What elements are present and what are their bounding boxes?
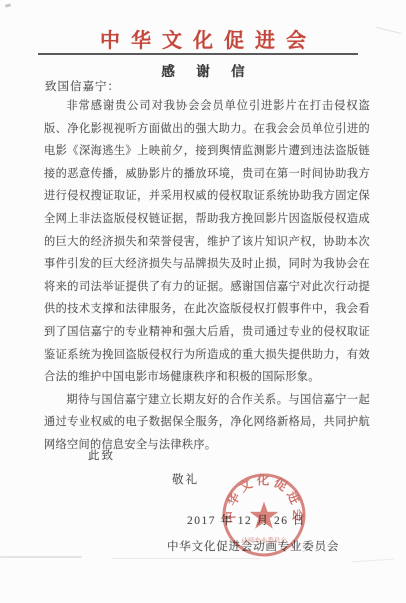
official-red-seal: 中华文化促进会 动画专业委员会	[221, 472, 307, 558]
header-divider	[38, 53, 358, 55]
document-title: 感 谢 信	[0, 60, 406, 80]
scan-artifact	[352, 559, 394, 563]
seal-star-icon	[250, 502, 279, 529]
closing-jingli: 敬礼	[172, 471, 199, 487]
scan-artifact	[112, 558, 260, 559]
body-paragraph-1: 非常感谢贵公司对我协会会员单位引进影片在打击侵权盗版、净化影视视听方面做出的强大…	[44, 95, 370, 389]
closing-cizhi: 此致	[88, 447, 115, 463]
scan-artifact	[5, 3, 12, 7]
salutation: 致国信嘉宁：	[45, 78, 120, 94]
letter-body: 非常感谢贵公司对我协会会员单位引进影片在打击侵权盗版、净化影视视听方面做出的强大…	[44, 95, 370, 457]
seal-bottom-text: 动画专业委员会	[241, 536, 287, 545]
letter-page: 中华文化促进会 感 谢 信 致国信嘉宁： 非常感谢贵公司对我协会会员单位引进影片…	[0, 0, 406, 603]
scan-artifact	[0, 556, 82, 558]
organization-name: 中华文化促进会	[0, 24, 406, 53]
